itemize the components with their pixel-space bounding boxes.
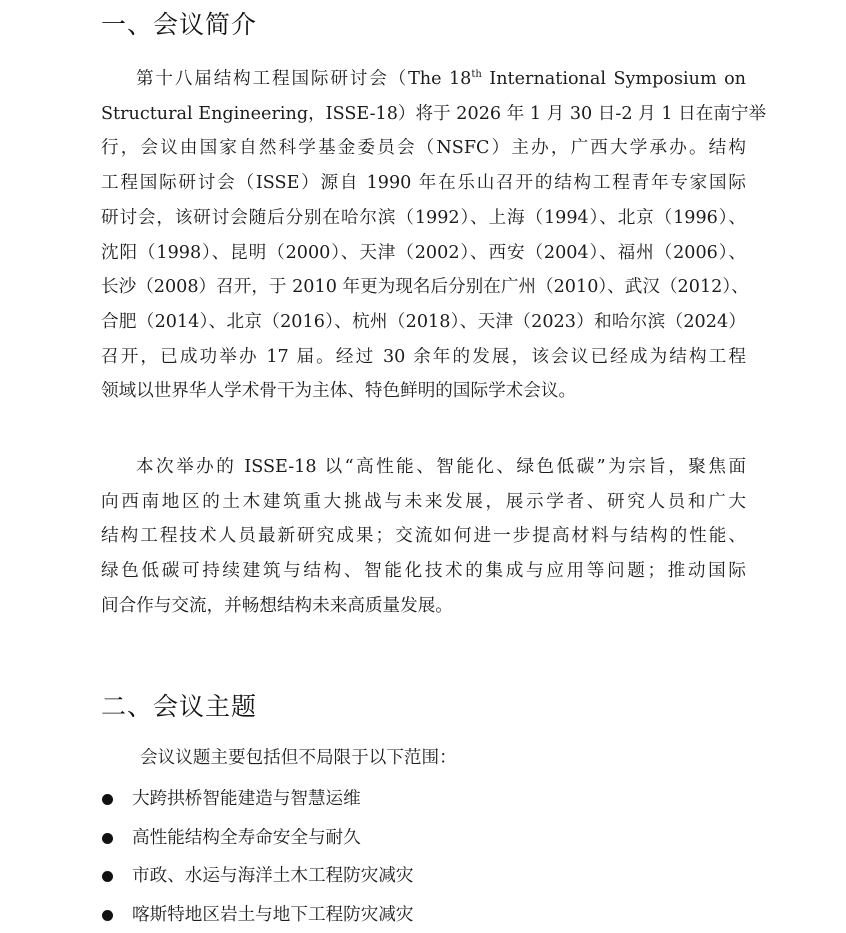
text-run: 第十八届结构工程国际研讨会（The 18	[136, 69, 471, 89]
paragraph-line: 研讨会，该研讨会随后分别在哈尔滨（1992）、上海（1994）、北京（1996）…	[101, 201, 746, 236]
bullet-icon	[102, 833, 113, 844]
topic-text: 喀斯特地区岩土与地下工程防灾减灾	[132, 901, 414, 929]
introduction-paragraph-1: 第十八届结构工程国际研讨会（The 18th International Sym…	[101, 62, 746, 409]
paragraph-line: 沈阳（1998）、昆明（2000）、天津（2002）、西安（2004）、福州（2…	[101, 236, 746, 271]
paragraph-line: 领域以世界华人学术骨干为主体、特色鲜明的国际学术会议。	[101, 374, 746, 409]
paragraph-line: 本次举办的 ISSE-18 以“高性能、智能化、绿色低碳”为宗旨，聚焦面	[101, 450, 746, 485]
topic-text: 大跨拱桥智能建造与智慧运维	[132, 785, 361, 813]
paragraph-line: 合肥（2014）、北京（2016）、杭州（2018）、天津（2023）和哈尔滨（…	[101, 305, 746, 340]
topic-text: 市政、水运与海洋土木工程防灾减灾	[132, 862, 414, 890]
paragraph-line: 长沙（2008）召开，于 2010 年更为现名后分别在广州（2010）、武汉（2…	[101, 270, 746, 305]
text-run: International Symposium on	[482, 69, 746, 89]
paragraph-line: 行，会议由国家自然科学基金委员会（NSFC）主办，广西大学承办。结构	[101, 131, 746, 166]
paragraph-line: 结构工程技术人员最新研究成果；交流如何进一步提高材料与结构的性能、	[101, 519, 746, 554]
paragraph-line: Structural Engineering，ISSE-18）将于 2026 年…	[101, 97, 746, 132]
bullet-icon	[102, 794, 113, 805]
document-page: 一、会议简介 第十八届结构工程国际研讨会（The 18th Internatio…	[0, 0, 846, 933]
paragraph-line: 第十八届结构工程国际研讨会（The 18th International Sym…	[101, 62, 746, 97]
section-heading-introduction: 一、会议简介	[101, 5, 257, 41]
superscript: th	[471, 69, 481, 80]
bullet-icon	[102, 910, 113, 921]
introduction-paragraph-2: 本次举办的 ISSE-18 以“高性能、智能化、绿色低碳”为宗旨，聚焦面 向西南…	[101, 450, 746, 624]
section-heading-themes: 二、会议主题	[101, 687, 257, 723]
themes-intro: 会议议题主要包括但不局限于以下范围：	[140, 744, 457, 769]
bullet-icon	[102, 871, 113, 882]
paragraph-line: 间合作与交流，并畅想结构未来高质量发展。	[101, 589, 746, 624]
paragraph-line: 向西南地区的土木建筑重大挑战与未来发展，展示学者、研究人员和广大	[101, 485, 746, 520]
paragraph-line: 召开，已成功举办 17 届。经过 30 余年的发展，该会议已经成为结构工程	[101, 340, 746, 375]
paragraph-line: 工程国际研讨会（ISSE）源自 1990 年在乐山召开的结构工程青年专家国际	[101, 166, 746, 201]
paragraph-line: 绿色低碳可持续建筑与结构、智能化技术的集成与应用等问题；推动国际	[101, 554, 746, 589]
topic-text: 高性能结构全寿命安全与耐久	[132, 824, 361, 852]
